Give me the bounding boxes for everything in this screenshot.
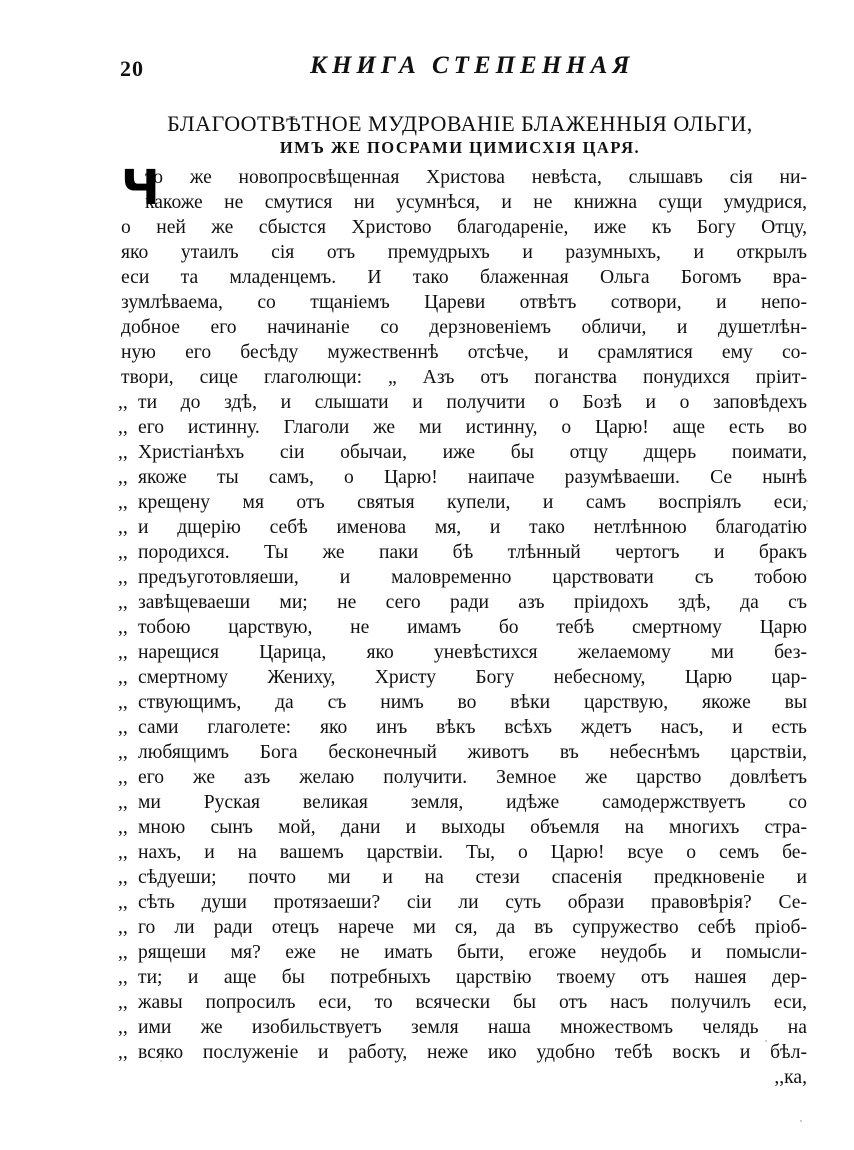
line-text: ти до здѣ, и слышати и получити о Бозѣ и…	[138, 392, 807, 413]
text-line: ,,его истинну. Глаголи же ми истинну, о …	[121, 415, 807, 440]
quote-mark: ,,	[118, 865, 138, 890]
line-text: любящимъ Бога бесконечный животъ въ небе…	[138, 742, 807, 763]
scan-speck	[765, 1040, 767, 1042]
line-text: крещену мя отъ святыя купели, и самъ вос…	[138, 492, 807, 513]
text-line: ,,и дщерію себѣ именова мя, и тако нетлѣ…	[121, 515, 807, 540]
text-line: ную его бесѣду мужественнѣ отсѣче, и сра…	[121, 340, 807, 365]
text-line: ,,якоже ты самъ, о Царю! наипаче разумѣв…	[121, 465, 807, 490]
line-text: его же азъ желаю получити. Земное же цар…	[138, 767, 807, 788]
line-text: ную его бесѣду мужественнѣ отсѣче, и сра…	[121, 342, 807, 363]
quote-mark: ,,	[118, 415, 138, 440]
text-line: ,,сами глаголете: яко инъ вѣкъ всѣхъ жде…	[121, 715, 807, 740]
text-line: ,,ти; и аще бы потребныхъ царствію твоем…	[121, 965, 807, 990]
page-number: 20	[120, 56, 144, 82]
chapter-title-line-1: БЛАГООТВѢТНОЕ МУДРОВАНІЕ БЛАЖЕННЫЯ ОЛЬГИ…	[110, 112, 810, 136]
text-line: ,,сѣть души протязаеши? сіи ли суть обра…	[121, 890, 807, 915]
scan-speck	[160, 1060, 162, 1062]
text-line: ,,ти до здѣ, и слышати и получити о Бозѣ…	[121, 390, 807, 415]
text-line: добное его начинаніе со дерзновеніемъ об…	[121, 315, 807, 340]
quote-mark: ,,	[118, 1015, 138, 1040]
line-text: еси та младенцемъ. И тако блаженная Ольг…	[121, 267, 807, 288]
quote-mark: ,,	[118, 440, 138, 465]
line-text: то же новопросвѣщенная Христова невѣста,…	[145, 167, 807, 188]
quote-mark: ,,	[118, 715, 138, 740]
quote-mark: ,,	[118, 965, 138, 990]
text-line: ,,го ли ради отецъ нарече ми ся, да въ с…	[121, 915, 807, 940]
line-text: яко утаилъ сія отъ премудрыхъ и разумных…	[121, 242, 807, 263]
text-line: ,,крещену мя отъ святыя купели, и самъ в…	[121, 490, 807, 515]
line-text: предъуготовляеши, и маловременно царство…	[138, 567, 807, 588]
quote-mark: ,,	[118, 490, 138, 515]
quote-mark: ,,	[118, 665, 138, 690]
quote-mark: ,,	[118, 515, 138, 540]
line-text: его истинну. Глаголи же ми истинну, о Ца…	[138, 417, 807, 438]
line-text: сѣдуеши; почто ми и на стези спасенія пр…	[138, 867, 807, 888]
text-line: ,,мною сынъ мой, дани и выходы объемля н…	[121, 815, 807, 840]
text-line: ,,смертному Жениху, Христу Богу небесном…	[121, 665, 807, 690]
line-text: какоже не смутися ни усумнѣся, и не книж…	[145, 192, 807, 213]
text-line: твори, сице глаголющи: „ Азъ отъ поганст…	[121, 365, 807, 390]
text-line: ,,тобою царствую, не имамъ бо тебѣ смерт…	[121, 615, 807, 640]
quote-mark: ,,	[764, 1065, 784, 1090]
line-text: нарещися Царица, яко уневѣстихся желаемо…	[138, 642, 807, 663]
quote-mark: ,,	[118, 390, 138, 415]
running-head: 20 КНИГА СТЕПЕННАЯ	[120, 56, 810, 86]
quote-mark: ,,	[118, 915, 138, 940]
text-line: ,,породихся. Ты же паки бѣ тлѣнный черто…	[121, 540, 807, 565]
text-line: ,,ми Руская великая земля, идѣже самодер…	[121, 790, 807, 815]
quote-mark: ,,	[118, 840, 138, 865]
text-line: ,,сѣдуеши; почто ми и на стези спасенія …	[121, 865, 807, 890]
line-text: жавы попросилъ еси, то всячески бы отъ н…	[138, 992, 807, 1013]
line-text: зумлѣваема, со тщаніемъ Цареви отвѣтъ со…	[121, 292, 807, 313]
quote-mark: ,,	[118, 990, 138, 1015]
line-text: якоже ты самъ, о Царю! наипаче разумѣвае…	[138, 467, 807, 488]
quote-mark: ,,	[118, 1040, 138, 1065]
text-line: ,,нахъ, и на вашемъ царствіи. Ты, о Царю…	[121, 840, 807, 865]
quote-mark: ,,	[118, 765, 138, 790]
quote-mark: ,,	[118, 790, 138, 815]
line-text: твори, сице глаголющи: „ Азъ отъ поганст…	[121, 367, 807, 388]
quote-mark: ,,	[118, 640, 138, 665]
line-text: о ней же сбыстся Христово благодареніе, …	[121, 217, 807, 238]
text-line: ,,предъуготовляеши, и маловременно царст…	[121, 565, 807, 590]
line-text: смертному Жениху, Христу Богу небесному,…	[138, 667, 807, 688]
quote-mark: ,,	[118, 940, 138, 965]
line-text: всяко послуженіе и работу, неже ико удоб…	[138, 1042, 807, 1063]
line-text: рящеши мя? еже не имать быти, егоже неуд…	[138, 942, 807, 963]
scan-speck	[806, 500, 808, 502]
scan-speck	[800, 1120, 802, 1122]
text-line: ,,нарещися Царица, яко уневѣстихся желае…	[121, 640, 807, 665]
text-line: еси та младенцемъ. И тако блаженная Ольг…	[121, 265, 807, 290]
line-text: ствующимъ, да съ нимъ во вѣки царствую, …	[138, 692, 807, 713]
text-line: то же новопросвѣщенная Христова невѣста,…	[121, 165, 807, 190]
text-line: ,,ствующимъ, да съ нимъ во вѣки царствую…	[121, 690, 807, 715]
quote-mark: ,,	[118, 540, 138, 565]
text-line: о ней же сбыстся Христово благодареніе, …	[121, 215, 807, 240]
text-line: ,,любящимъ Бога бесконечный животъ въ не…	[121, 740, 807, 765]
line-text: сѣть души протязаеши? сіи ли суть образи…	[138, 892, 807, 913]
line-text: мною сынъ мой, дани и выходы объемля на …	[138, 817, 807, 838]
text-line: ,,всяко послуженіе и работу, неже ико уд…	[121, 1040, 807, 1065]
quote-mark: ,,	[118, 690, 138, 715]
chapter-title-line-2: ИМЪ ЖЕ ПОСРАМИ ЦИМИСХІЯ ЦАРЯ.	[110, 136, 810, 160]
quote-mark: ,,	[118, 565, 138, 590]
text-line: ,,ка,	[121, 1065, 807, 1090]
text-line: ,,рящеши мя? еже не имать быти, егоже не…	[121, 940, 807, 965]
quote-mark: ,,	[118, 615, 138, 640]
line-text: тобою царствую, не имамъ бо тебѣ смертно…	[138, 617, 807, 638]
text-line: яко утаилъ сія отъ премудрыхъ и разумных…	[121, 240, 807, 265]
line-text: ими же изобильствуетъ земля наша множест…	[138, 1017, 807, 1038]
line-text: и дщерію себѣ именова мя, и тако нетлѣнн…	[138, 517, 807, 538]
text-line: какоже не смутися ни усумнѣся, и не книж…	[121, 190, 807, 215]
text-line: ,,его же азъ желаю получити. Земное же ц…	[121, 765, 807, 790]
line-text: добное его начинаніе со дерзновеніемъ об…	[121, 317, 807, 338]
line-text: завѣщеваеши ми; не сего ради азъ пріидох…	[138, 592, 807, 613]
line-text: ка,	[784, 1067, 807, 1088]
text-line: ,,Христіанѣхъ сіи обычаи, иже бы отцу дщ…	[121, 440, 807, 465]
text-line: зумлѣваема, со тщаніемъ Цареви отвѣтъ со…	[121, 290, 807, 315]
quote-mark: ,,	[118, 465, 138, 490]
text-line: ,,ими же изобильствуетъ земля наша множе…	[121, 1015, 807, 1040]
drop-cap: Ч	[121, 163, 160, 213]
line-text: породихся. Ты же паки бѣ тлѣнный чертогъ…	[138, 542, 807, 563]
body-text: Ч то же новопросвѣщенная Христова невѣст…	[121, 165, 807, 1090]
book-page: 20 КНИГА СТЕПЕННАЯ БЛАГООТВѢТНОЕ МУДРОВА…	[0, 0, 854, 1150]
quote-mark: ,,	[118, 815, 138, 840]
line-text: Христіанѣхъ сіи обычаи, иже бы отцу дщер…	[138, 442, 807, 463]
text-lines: то же новопросвѣщенная Христова невѣста,…	[121, 165, 807, 1090]
quote-mark: ,,	[118, 890, 138, 915]
quote-mark: ,,	[118, 740, 138, 765]
quote-mark: ,,	[118, 590, 138, 615]
line-text: го ли ради отецъ нарече ми ся, да въ суп…	[138, 917, 807, 938]
line-text: сами глаголете: яко инъ вѣкъ всѣхъ ждетъ…	[138, 717, 807, 738]
book-title: КНИГА СТЕПЕННАЯ	[310, 52, 635, 80]
text-line: ,,завѣщеваеши ми; не сего ради азъ пріид…	[121, 590, 807, 615]
chapter-title: БЛАГООТВѢТНОЕ МУДРОВАНІЕ БЛАЖЕННЫЯ ОЛЬГИ…	[110, 112, 810, 160]
line-text: ти; и аще бы потребныхъ царствію твоему …	[138, 967, 807, 988]
text-line: ,,жавы попросилъ еси, то всячески бы отъ…	[121, 990, 807, 1015]
line-text: ми Руская великая земля, идѣже самодержс…	[138, 792, 807, 813]
line-text: нахъ, и на вашемъ царствіи. Ты, о Царю! …	[138, 842, 807, 863]
